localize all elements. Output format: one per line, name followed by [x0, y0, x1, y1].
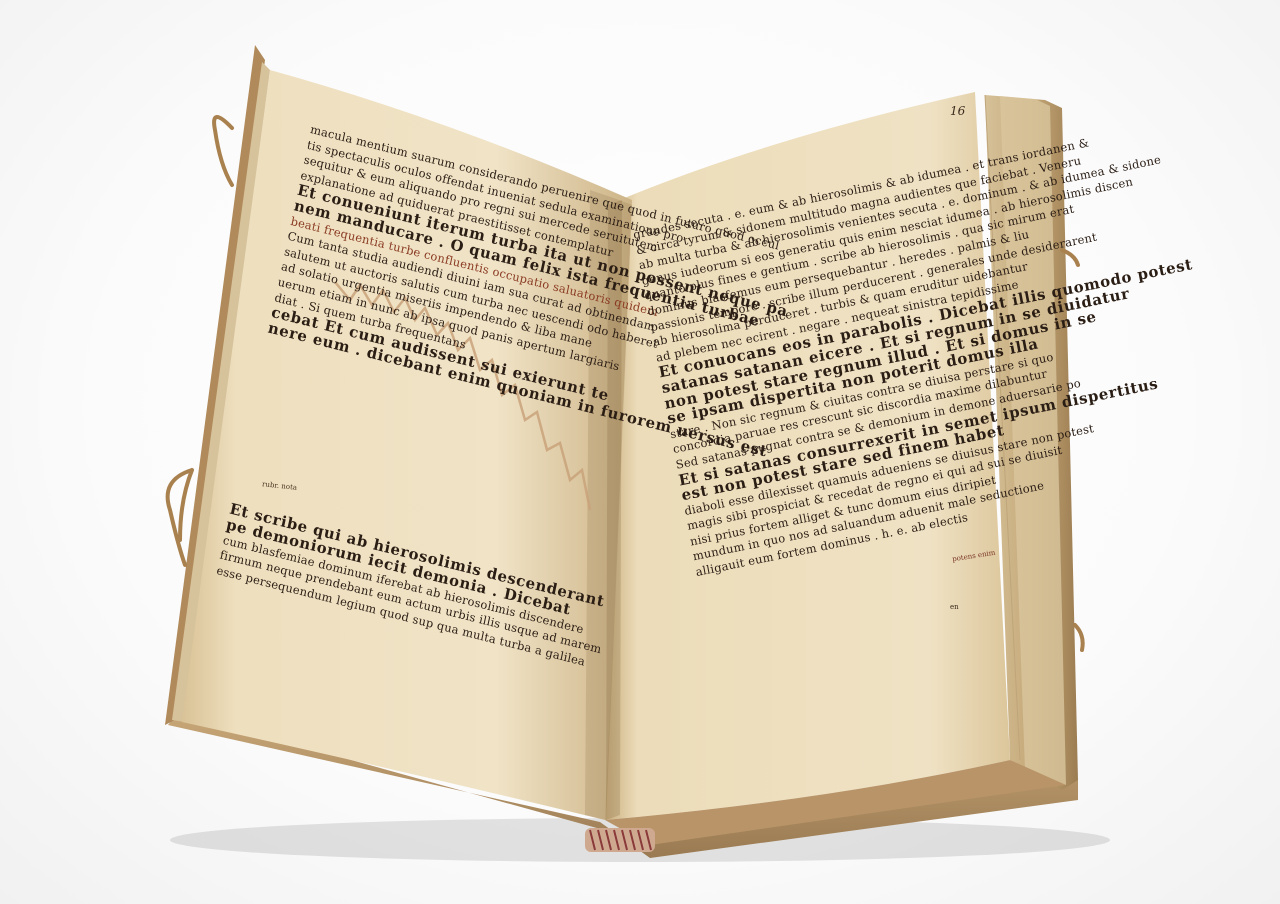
right-tie-lower	[1075, 625, 1083, 650]
manuscript-photo: macula mentium suarum considerando perue…	[0, 0, 1280, 904]
margin-note-right-lower: en	[950, 603, 959, 611]
left-upper-tie	[214, 117, 232, 185]
spine-headband	[585, 828, 655, 852]
folio-number: 16	[950, 104, 965, 118]
